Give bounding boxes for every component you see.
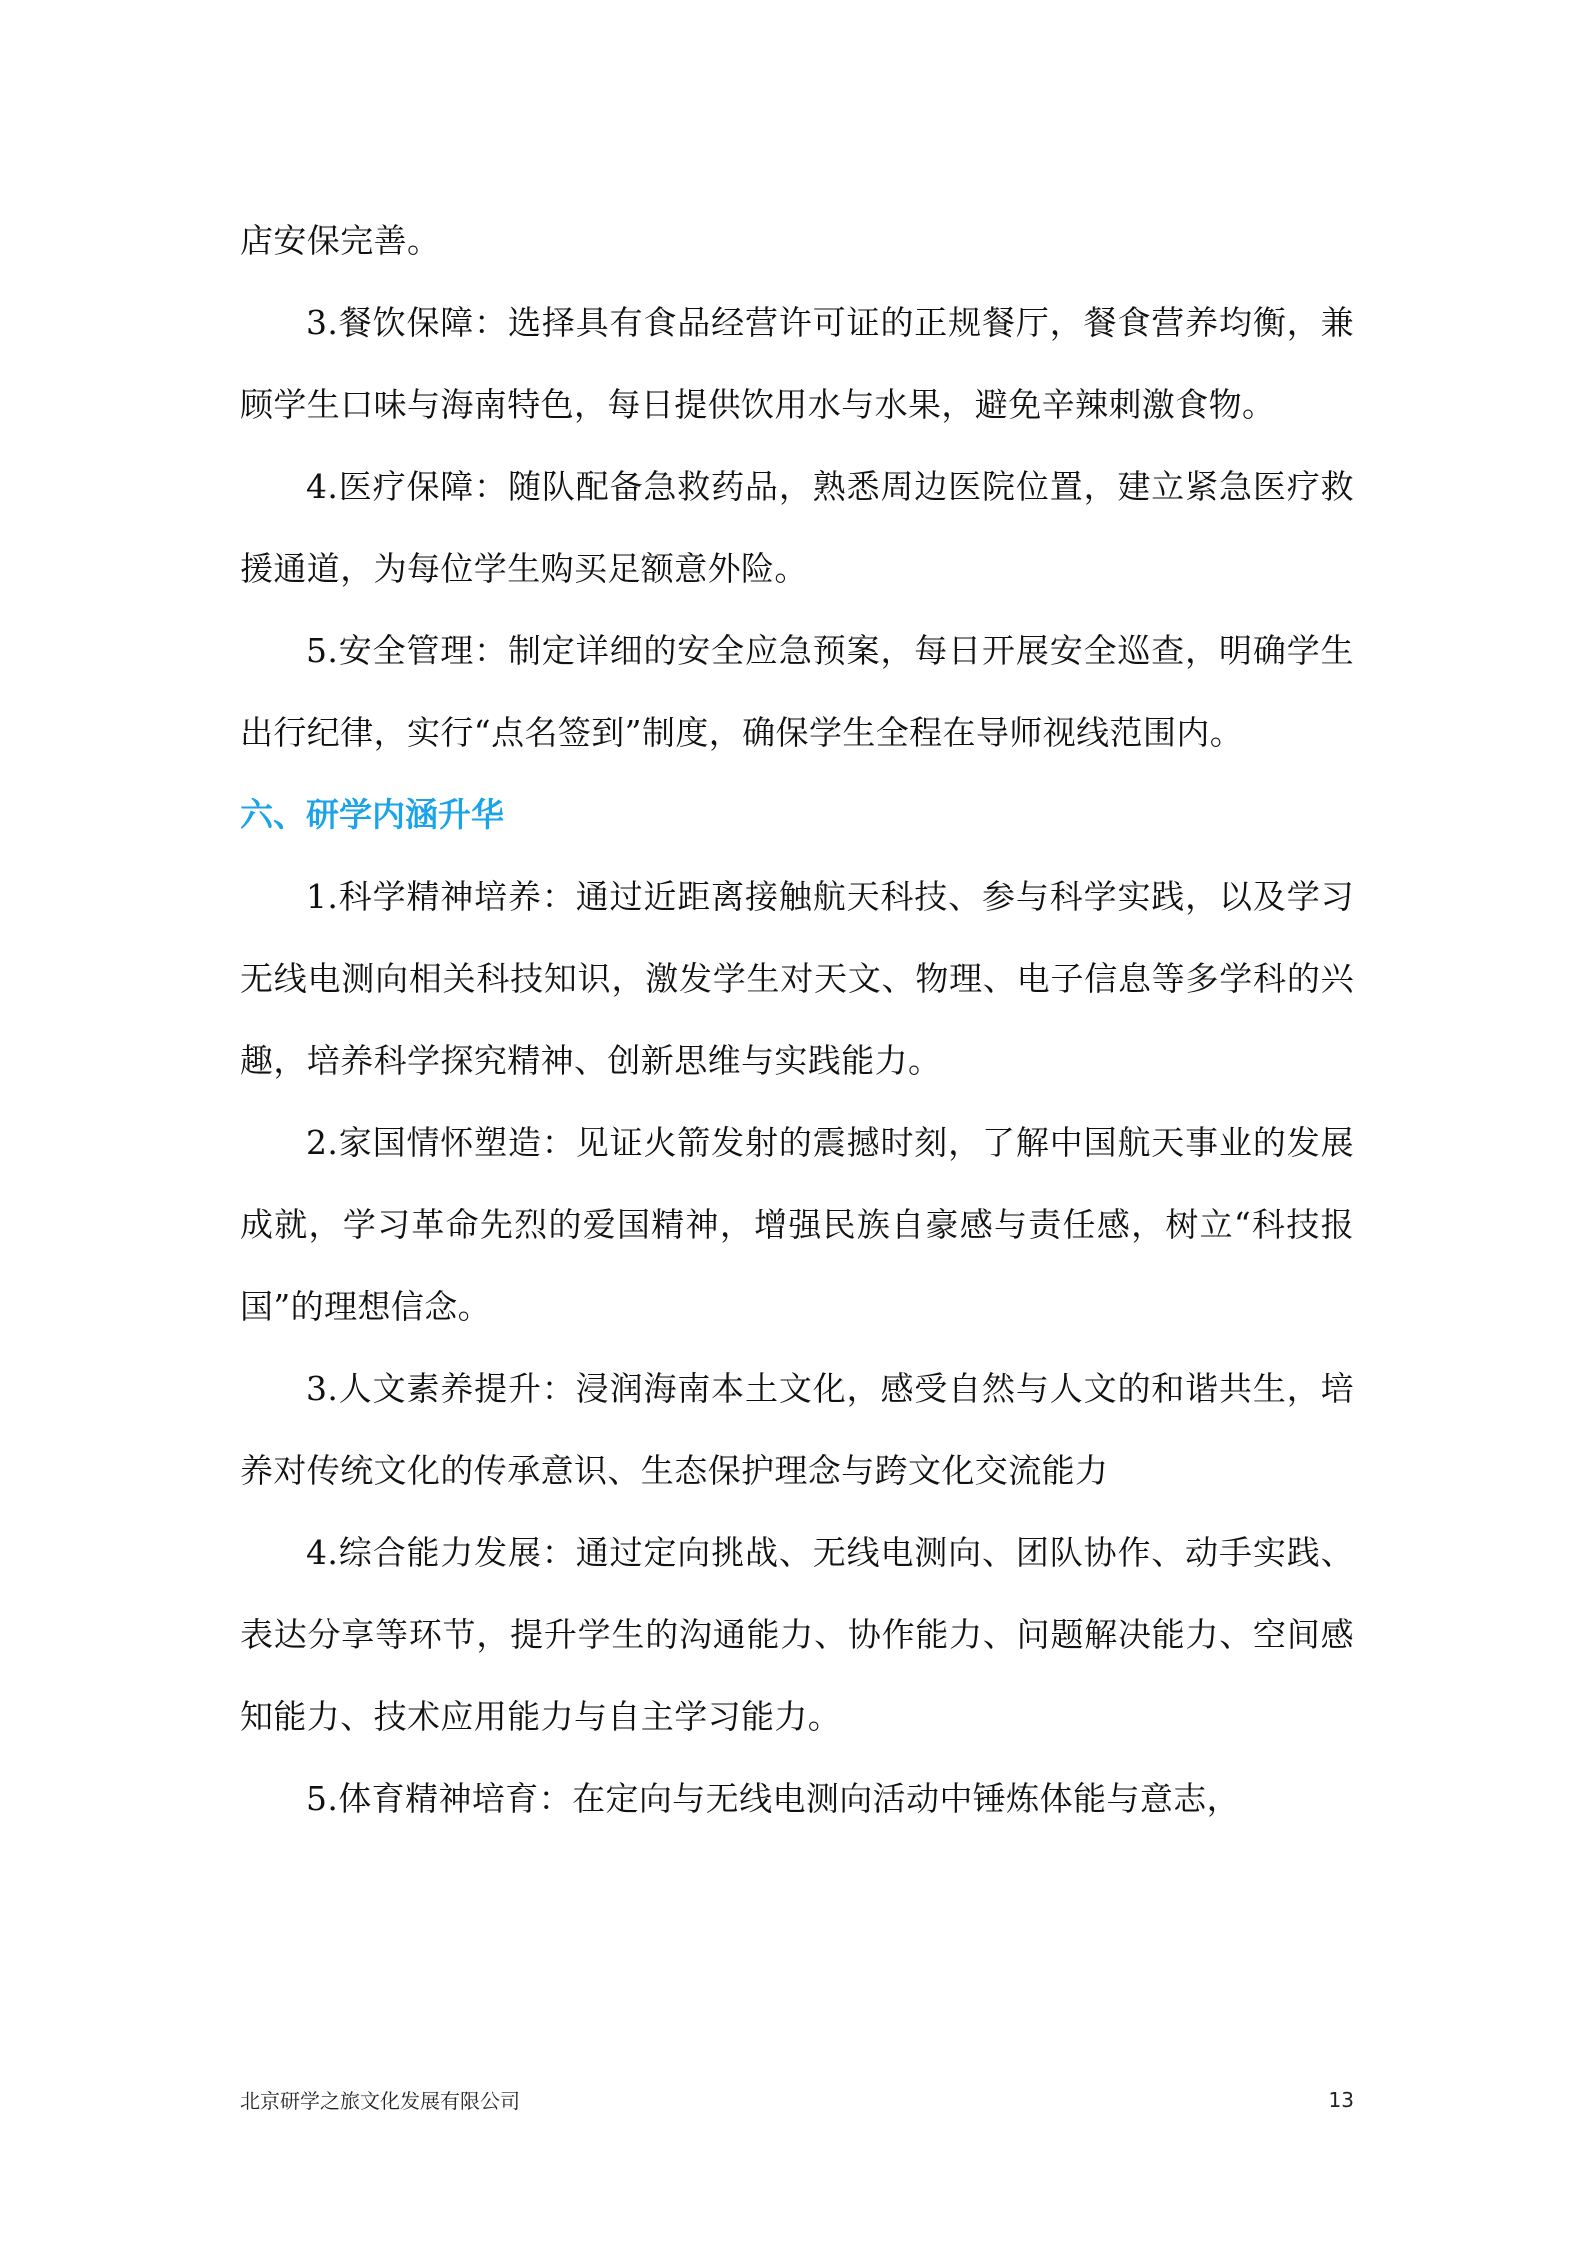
footer-company-name: 北京研学之旅文化发展有限公司 xyxy=(240,2085,520,2114)
section-heading: 六、研学内涵升华 xyxy=(240,774,1354,856)
paragraph-comprehensive-ability: 4.综合能力发展：通过定向挑战、无线电测向、团队协作、动手实践、表达分享等环节，… xyxy=(240,1512,1354,1758)
paragraph-safety-management: 5.安全管理：制定详细的安全应急预案，每日开展安全巡查，明确学生出行纪律，实行“… xyxy=(240,610,1354,774)
page-number: 13 xyxy=(1329,2088,1354,2112)
paragraph-patriotism: 2.家国情怀塑造：见证火箭发射的震撼时刻，了解中国航天事业的发展成就，学习革命先… xyxy=(240,1102,1354,1348)
paragraph-science-spirit: 1.科学精神培养：通过近距离接触航天科技、参与科学实践，以及学习无线电测向相关科… xyxy=(240,856,1354,1102)
paragraph-medical-guarantee: 4.医疗保障：随队配备急救药品，熟悉周边医院位置，建立紧急医疗救援通道，为每位学… xyxy=(240,446,1354,610)
paragraph-sports-spirit: 5.体育精神培育：在定向与无线电测向活动中锤炼体能与意志， xyxy=(240,1758,1354,1840)
page-footer: 北京研学之旅文化发展有限公司 13 xyxy=(240,2085,1354,2114)
paragraph-catering-guarantee: 3.餐饮保障：选择具有食品经营许可证的正规餐厅，餐食营养均衡，兼顾学生口味与海南… xyxy=(240,282,1354,446)
page-content: 店安保完善。 3.餐饮保障：选择具有食品经营许可证的正规餐厅，餐食营养均衡，兼顾… xyxy=(240,200,1354,1840)
paragraph-continuation: 店安保完善。 xyxy=(240,200,1354,282)
paragraph-humanities: 3.人文素养提升：浸润海南本土文化，感受自然与人文的和谐共生，培养对传统文化的传… xyxy=(240,1348,1354,1512)
